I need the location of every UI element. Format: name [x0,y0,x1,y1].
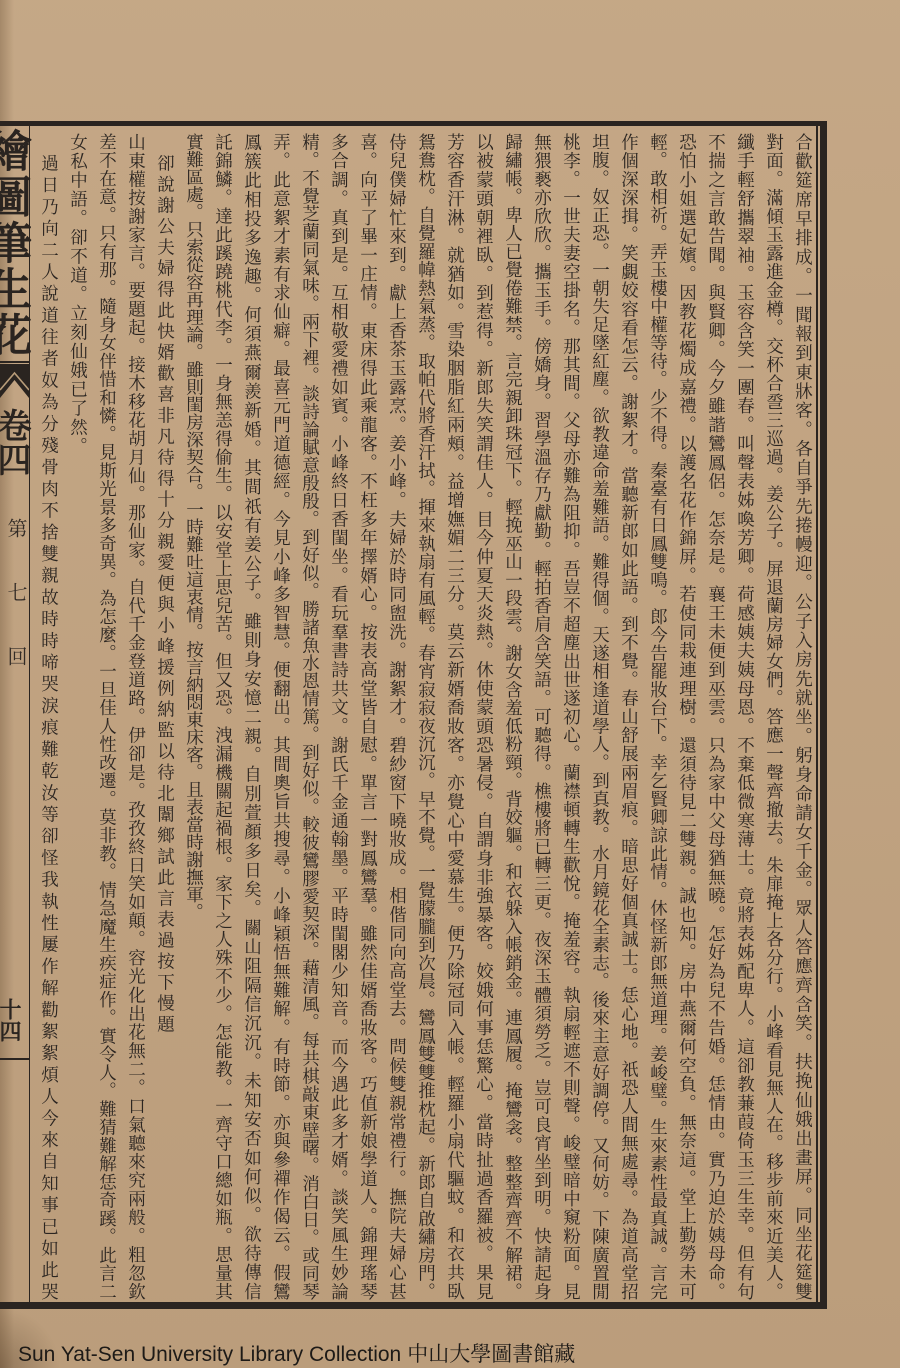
text-column: 輕。敢相祈。弄玉樓中權等待。少不得。秦臺有日鳳雙鳴。郎今告罷妝台下。幸乞賢卿諒此… [643,133,672,1300]
text-column: 合歡筵席早排成。一聞報到東牀客。各自爭先捲幔迎。公子入房先就坐。躬身命請女千金。… [788,133,817,1300]
frame-bottom-border [0,1302,827,1309]
text-column: 以被蒙頭朝裡臥。到惹得。新郎失笑謂佳人。目今仲夏天炎熱。休使蒙頭恐暑侵。自謂身非… [469,133,498,1300]
fishtail-ornament-icon [0,364,29,402]
book-title: 繪圖筆生花 [0,128,28,358]
text-column: 託錦鱗。達此蹊蹺桃代李。一身無恙得偷生。以安堂上思兒苦。但又恐。洩漏機關起禍根。… [208,133,237,1300]
margin-title-rule [0,361,29,363]
collection-credit-zh: 中山大學圖書館藏 [407,1343,575,1366]
text-column: 恐怕小姐選妃嬪。因教花燭成嘉禮。以護名花作錦屏。若使同栽連理樹。還須待見二雙親。… [672,133,701,1300]
frame-top-border [0,121,827,126]
text-column: 鳳簇此相投多逸趣。何須燕爾羨新婚。其間祇有姜公子。雖則身安憶二親。自別萱顏多日矣… [237,133,266,1300]
text-column: 不揣之言敢告聞。與賢卿。今夕雖諧鸞鳳侶。怎奈是。襄王未便到巫雲。只為家中父母猶無… [701,133,730,1300]
text-column: 坦腹。奴正恐。一朝失足墜紅塵。欲教違命羞難語。難得個。天遂相逢道學人。到真教。水… [585,133,614,1300]
text-column: 纖手輕舒攜翠袖。玉容含笑一團春。叫聲表姊喚芳卿。荷感姨夫姨母恩。不棄低微寒薄士。… [730,133,759,1300]
text-column: 作個深深揖。笑覷姣容看怎云。謝絮才。當聽新郎如此語。到不覺。春山舒展兩眉痕。暗思… [614,133,643,1300]
collection-credit: Sun Yat-Sen University Library Collectio… [18,1338,575,1368]
text-column: 歸繡帳。卑人已覺倦難禁。言完親卸珠冠下。輕挽巫山一段雲。謝女含羞低粉頸。背姣軀。… [498,133,527,1300]
collection-credit-en: Sun Yat-Sen University Library Collectio… [18,1343,401,1366]
volume-label: 卷四 [0,408,29,476]
text-column: 多合調。真到是。互相敬愛禮如賓。小峰終日香閨坐。看玩羣書詩共文。謝氏千金通翰墨。… [324,133,353,1300]
text-column-section-end: 女私中語。卻不道。立刻仙娥已了然。 [63,133,92,1300]
text-column: 芳容香汗淋。就猶如。雪染胭脂紅兩頰。益增嫵媚二三分。莫云新婿喬妝客。亦覺心中愛慕… [440,133,469,1300]
text-column-section-end: 實難區處。只索從容再理論。雖則閨房深契合。一時難吐這衷情。按言納悶東床客。且表當… [179,133,208,1300]
frame-right-border [820,121,827,1309]
page-number-rule [0,1058,29,1060]
page-number: 十四 [0,998,22,1042]
text-column: 鴛鴦枕。自覺羅幃熱氣蒸。取帕代將香汗拭。揮來執扇有風輕。春宵寂寂夜沉沉。早不覺。… [411,133,440,1300]
text-column-prose: 過日乃向二人說道往者奴為分殘骨肉不捨雙親故時時啼哭淚痕難乾汝等卻怪我執性屢作解勸… [34,133,63,1300]
text-body: 合歡筵席早排成。一聞報到東牀客。各自爭先捲幔迎。公子入房先就坐。躬身命請女千金。… [34,133,817,1300]
text-column: 弄。此意絮才素有求仙癖。最喜元門道德經。今見小峰多智慧。便翻出。其間奧旨共搜尋。… [266,133,295,1300]
text-column: 精。不覺芝蘭同氣味。兩下裡。談詩論賦意殷殷。到好似。勝諸魚水恩情篤。到好似。較彼… [295,133,324,1300]
text-column-prose: 卻說謝公夫婦得此快婿歡喜非凡待得十分親愛便與小峰援例納監以待北闈鄉試此言表過按下… [150,133,179,1300]
text-column: 山東權按謝家言。要題起。接木移花胡月仙。那仙家。自代千金登道路。伊卻是。孜孜終日… [121,133,150,1300]
text-column: 無猥褻亦欣欣。攜玉手。傍嬌身。習學溫存乃獻勤。輕拍香肩含笑語。可聽得。樵樓將已轉… [527,133,556,1300]
text-column: 喜。向平了畢一庄情。東床得此乘龍客。不枉多年擇婿心。按表高堂皆自慰。單言一對鳳鸞… [353,133,382,1300]
text-column: 桃李。一世夫妻空掛名。那其間。父母亦難為阻抑。吾豈不超塵出世遂初心。蘭襟頓轉生歡… [556,133,585,1300]
chapter-label: 第七回 [5,518,27,710]
text-column: 差不在意。只有那。隨身女伴惜和憐。見斯光景多奇異。為怎麼。一旦佳人性改遷。莫非教… [92,133,121,1300]
text-column: 侍兒僕婦忙來到。獻上香茶玉露烹。姜小峰。夫婦於時同盥洗。謝絮才。碧紗窗下曉妝成。… [382,133,411,1300]
text-column: 對面。滿傾玉露進金樽。交杯合巹三巡過。姜公子。屏退蘭房婦女們。答應一聲齊撤去。朱… [759,133,788,1300]
